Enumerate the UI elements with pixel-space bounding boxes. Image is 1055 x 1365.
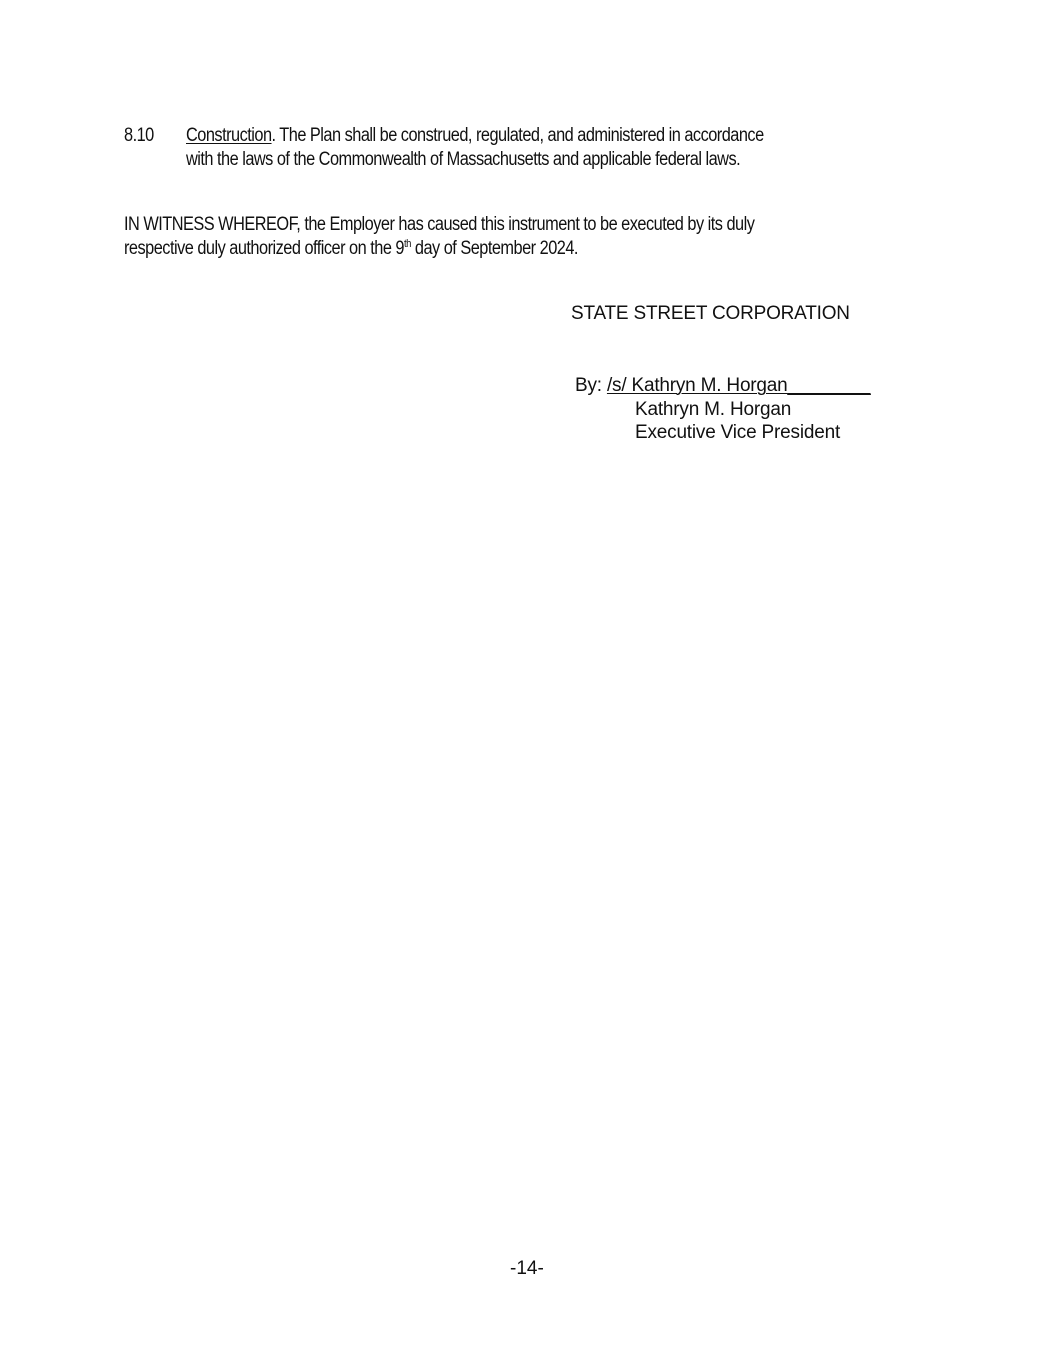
by-label: By: bbox=[575, 375, 607, 396]
signed-name: /s/ Kathryn M. Horgan bbox=[607, 375, 788, 396]
by-line: By: /s/ Kathryn M. Horgan________ bbox=[575, 375, 870, 397]
section-number-text: 8.10 bbox=[124, 125, 154, 147]
witness-text-2b: day of September 2024. bbox=[411, 238, 578, 259]
signature: /s/ Kathryn M. Horgan________ bbox=[607, 375, 871, 396]
signer-title: Executive Vice President bbox=[635, 422, 840, 444]
section-number: 8.10 bbox=[124, 125, 159, 147]
company-name: STATE STREET CORPORATION bbox=[571, 303, 850, 325]
section-line-1: Construction. The Plan shall be construe… bbox=[186, 125, 858, 147]
page-number: -14- bbox=[510, 1258, 544, 1280]
signature-blank: ________ bbox=[788, 375, 871, 396]
ordinal-suffix: th bbox=[404, 238, 411, 250]
witness-text-1: IN WITNESS WHEREOF, the Employer has cau… bbox=[124, 214, 754, 236]
witness-line-1: IN WITNESS WHEREOF, the Employer has cau… bbox=[124, 214, 857, 236]
witness-text-2a: respective duly authorized officer on th… bbox=[124, 238, 404, 259]
section-text-1: . The Plan shall be construed, regulated… bbox=[272, 125, 764, 146]
witness-line-2: respective duly authorized officer on th… bbox=[124, 238, 652, 260]
section-heading: Construction bbox=[186, 125, 272, 146]
section-line-2: with the laws of the Commonwealth of Mas… bbox=[186, 149, 830, 171]
signer-name: Kathryn M. Horgan bbox=[635, 399, 791, 421]
section-text-2: with the laws of the Commonwealth of Mas… bbox=[186, 149, 740, 171]
